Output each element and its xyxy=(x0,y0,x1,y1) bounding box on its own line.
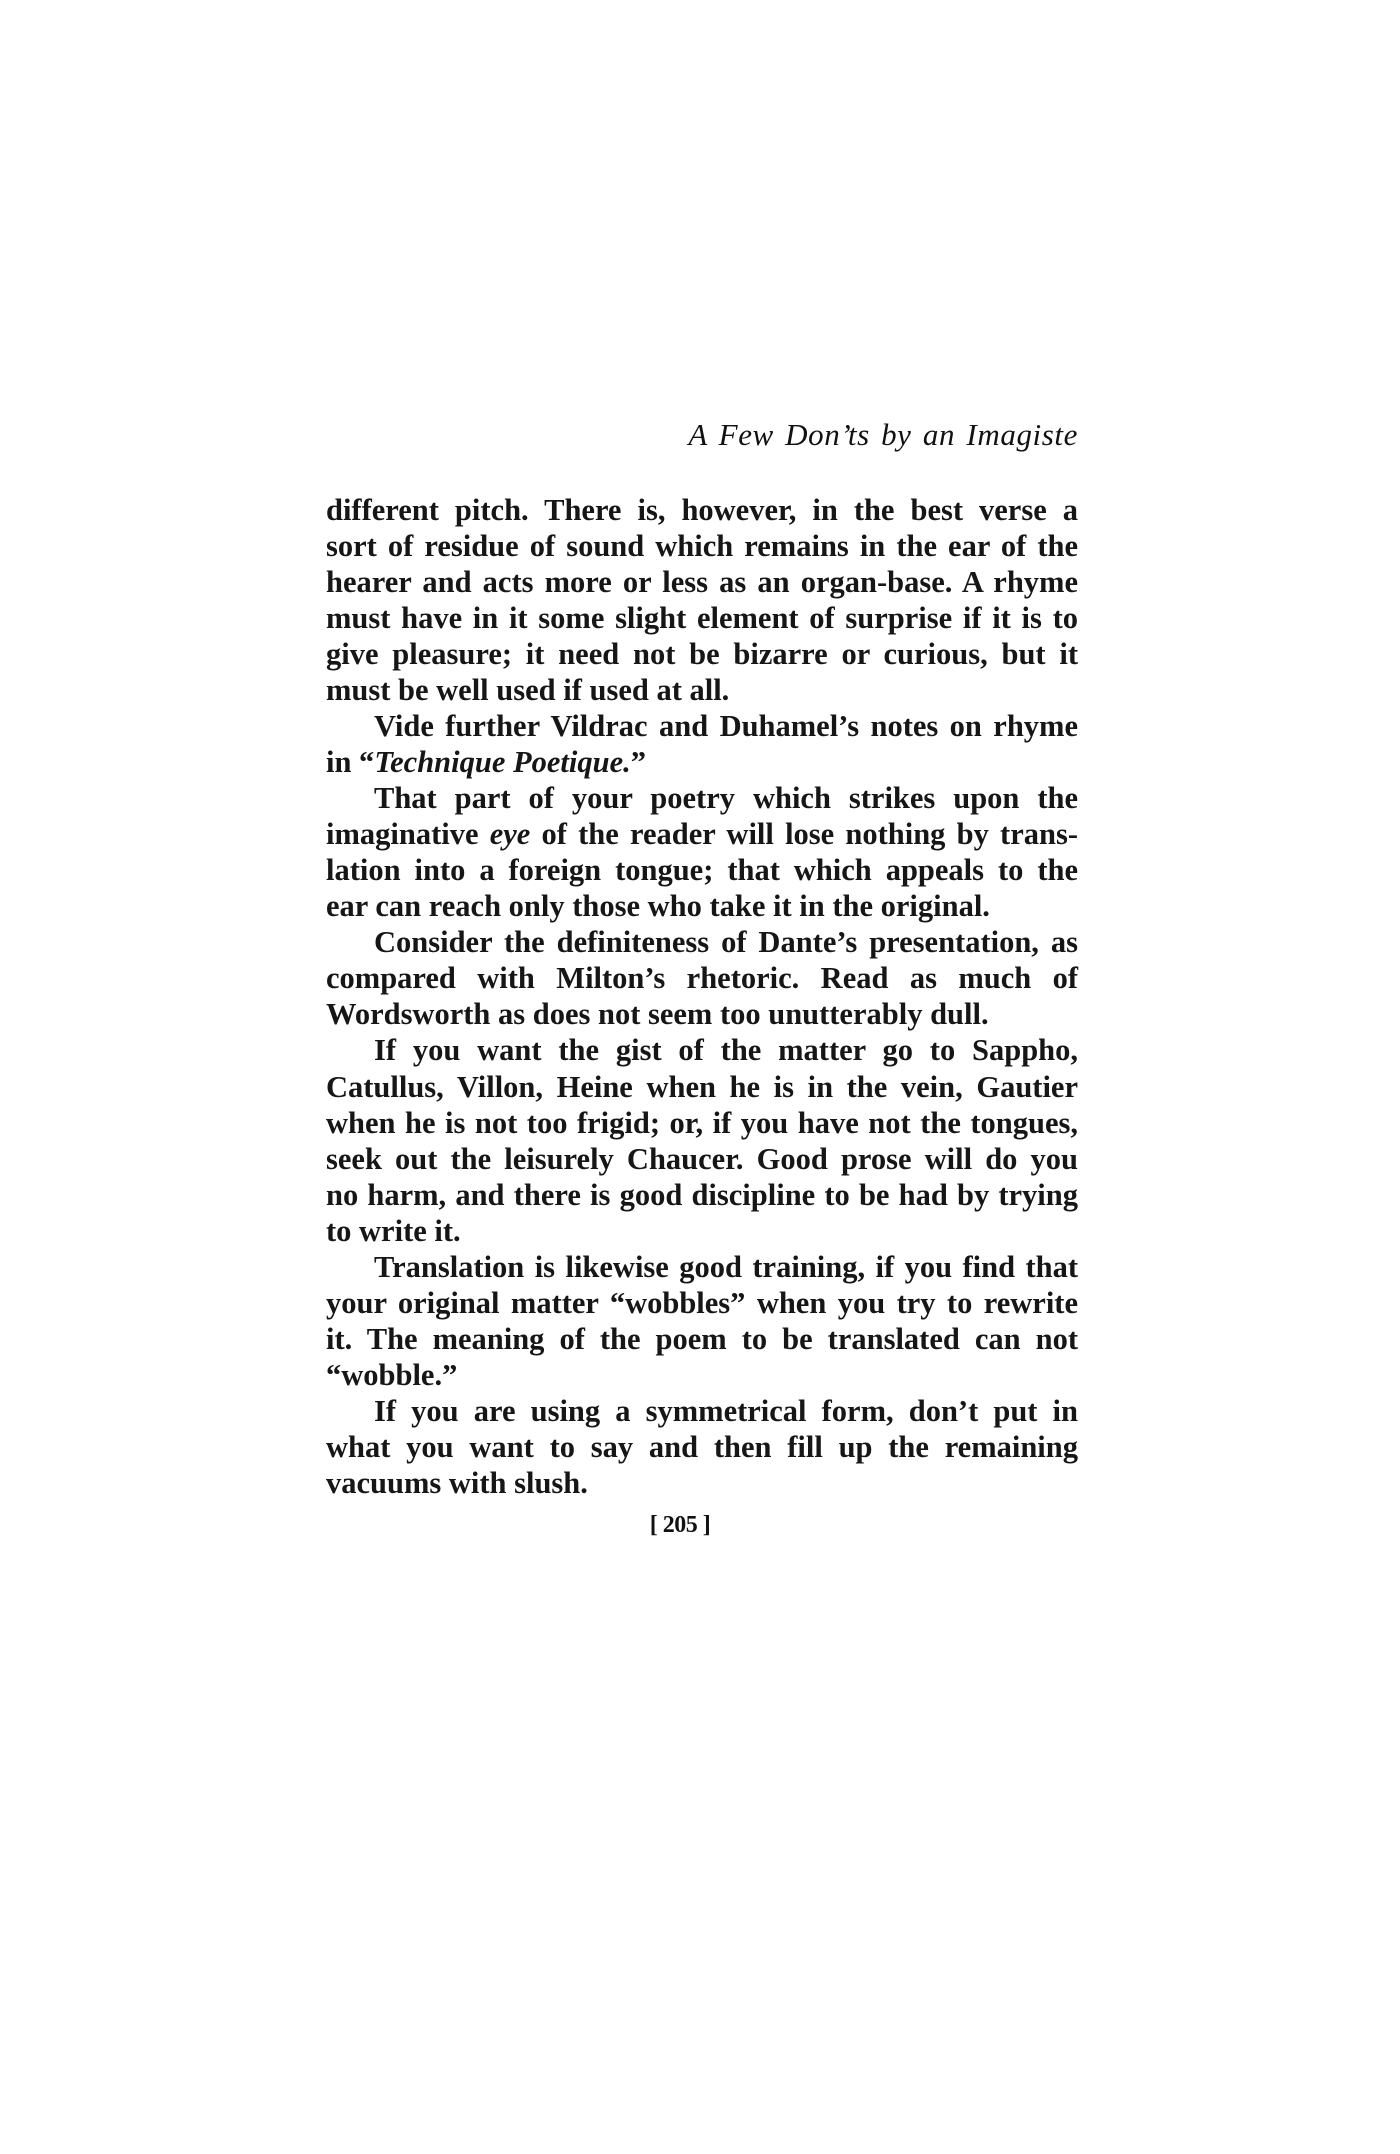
running-head: A Few Don’ts by an Imagiste xyxy=(600,417,1078,453)
text-segment: in “ xyxy=(326,745,374,779)
text-line: Vide further Vildrac and Duhamel’s notes… xyxy=(326,708,1078,744)
paragraph: Consider the definiteness of Dante’s pre… xyxy=(326,924,1078,1032)
text-line: imaginative eye of the reader will lose … xyxy=(326,816,1078,852)
book-page: A Few Don’ts by an Imagiste different pi… xyxy=(0,0,1400,2154)
text-line: Wordsworth as does not seem too unuttera… xyxy=(326,996,1078,1032)
text-line: must be well used if used at all. xyxy=(326,672,1078,708)
text-line: hearer and acts more or less as an organ… xyxy=(326,564,1078,600)
text-line: give pleasure; it need not be bizarre or… xyxy=(326,636,1078,672)
text-line: to write it. xyxy=(326,1213,1078,1249)
page-number: [ 205 ] xyxy=(580,1510,780,1540)
text-line: That part of your poetry which strikes u… xyxy=(326,780,1078,816)
text-line: If you want the gist of the matter go to… xyxy=(326,1032,1078,1068)
text-line: what you want to say and then fill up th… xyxy=(326,1429,1078,1465)
text-line: Consider the definiteness of Dante’s pre… xyxy=(326,924,1078,960)
text-line: lation into a foreign tongue; that which… xyxy=(326,852,1078,888)
text-segment: ” xyxy=(631,745,646,779)
text-line: must have in it some slight element of s… xyxy=(326,600,1078,636)
paragraph: Translation is likewise good training, i… xyxy=(326,1249,1078,1393)
paragraph: That part of your poetry which strikes u… xyxy=(326,780,1078,924)
text-line: no harm, and there is good discipline to… xyxy=(326,1177,1078,1213)
text-line: Translation is likewise good training, i… xyxy=(326,1249,1078,1285)
emphasis: eye xyxy=(490,817,531,851)
paragraph: different pitch. There is, however, in t… xyxy=(326,492,1078,708)
text-line: seek out the leisurely Chaucer. Good pro… xyxy=(326,1141,1078,1177)
text-line: when he is not too frigid; or, if you ha… xyxy=(326,1105,1078,1141)
text-line: different pitch. There is, however, in t… xyxy=(326,492,1078,528)
paragraph: Vide further Vildrac and Duhamel’s notes… xyxy=(326,708,1078,780)
body-text: different pitch. There is, however, in t… xyxy=(326,492,1078,1501)
book-title: Technique Poetique. xyxy=(374,745,630,779)
text-segment: imaginative xyxy=(326,817,490,851)
text-line: your original matter “wobbles” when you … xyxy=(326,1285,1078,1321)
paragraph: If you are using a symmetrical form, don… xyxy=(326,1393,1078,1501)
text-line: sort of residue of sound which remains i… xyxy=(326,528,1078,564)
text-line: Catullus, Villon, Heine when he is in th… xyxy=(326,1069,1078,1105)
text-line: in “Technique Poetique.” xyxy=(326,744,1078,780)
text-line: ear can reach only those who take it in … xyxy=(326,888,1078,924)
text-line: “wobble.” xyxy=(326,1357,1078,1393)
text-line: If you are using a symmetrical form, don… xyxy=(326,1393,1078,1429)
paragraph: If you want the gist of the matter go to… xyxy=(326,1032,1078,1248)
text-line: compared with Milton’s rhetoric. Read as… xyxy=(326,960,1078,996)
text-line: vacuums with slush. xyxy=(326,1465,1078,1501)
text-segment: of the reader will lose nothing by trans… xyxy=(530,817,1078,851)
text-line: it. The meaning of the poem to be transl… xyxy=(326,1321,1078,1357)
